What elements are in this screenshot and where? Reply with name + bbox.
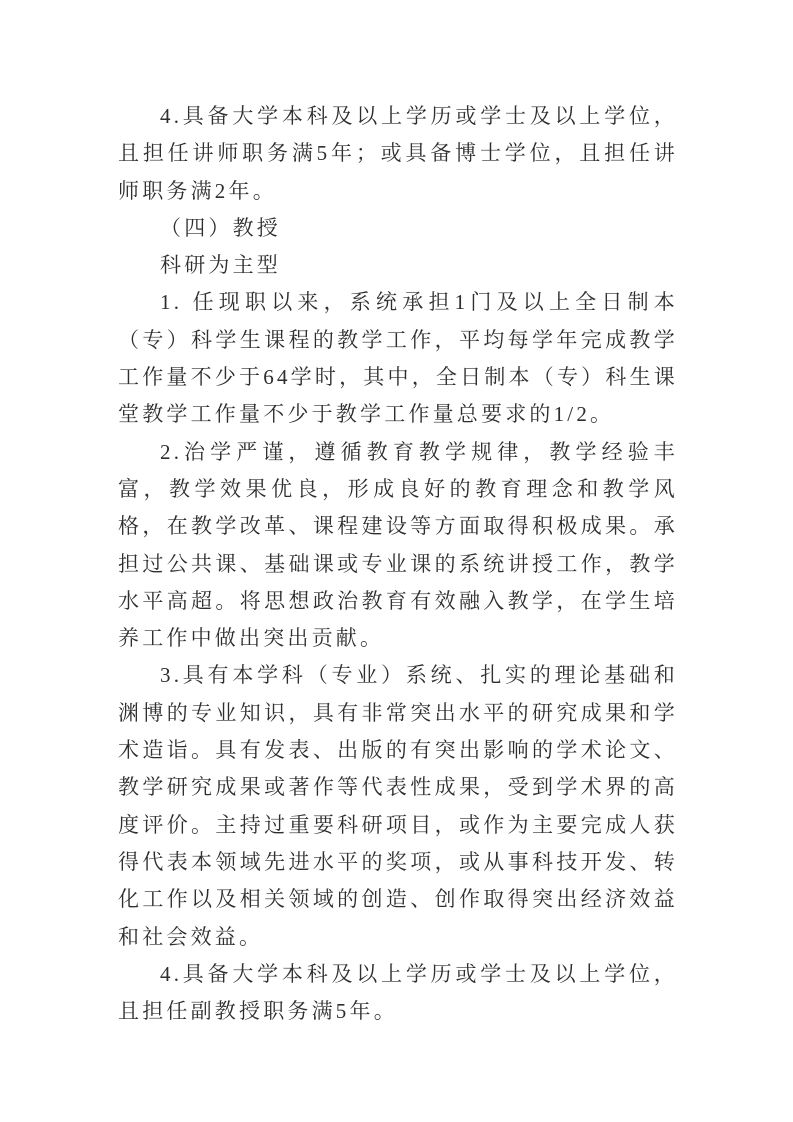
paragraph-professor-requirement-1: 1. 任现职以来，系统承担1门及以上全日制本（专）科学生课程的教学工作，平均每学… (118, 284, 678, 433)
paragraph-professor-requirement-2: 2.治学严谨，遵循教育教学规律，教学经验丰富，教学效果优良，形成良好的教育理念和… (118, 434, 678, 658)
paragraph-professor-requirement-3: 3.具有本学科（专业）系统、扎实的理论基础和渊博的专业知识，具有非常突出水平的研… (118, 657, 678, 955)
document-page: 4.具备大学本科及以上学历或学士及以上学位，且担任讲师职务满5年；或具备博士学位… (118, 98, 678, 1030)
paragraph-professor-requirement-4: 4.具备大学本科及以上学历或学士及以上学位，且担任副教授职务满5年。 (118, 956, 678, 1031)
subsection-heading-research-type: 科研为主型 (118, 247, 678, 284)
paragraph-lecturer-requirement-4: 4.具备大学本科及以上学历或学士及以上学位，且担任讲师职务满5年；或具备博士学位… (118, 98, 678, 210)
section-heading-professor: （四）教授 (118, 210, 678, 247)
